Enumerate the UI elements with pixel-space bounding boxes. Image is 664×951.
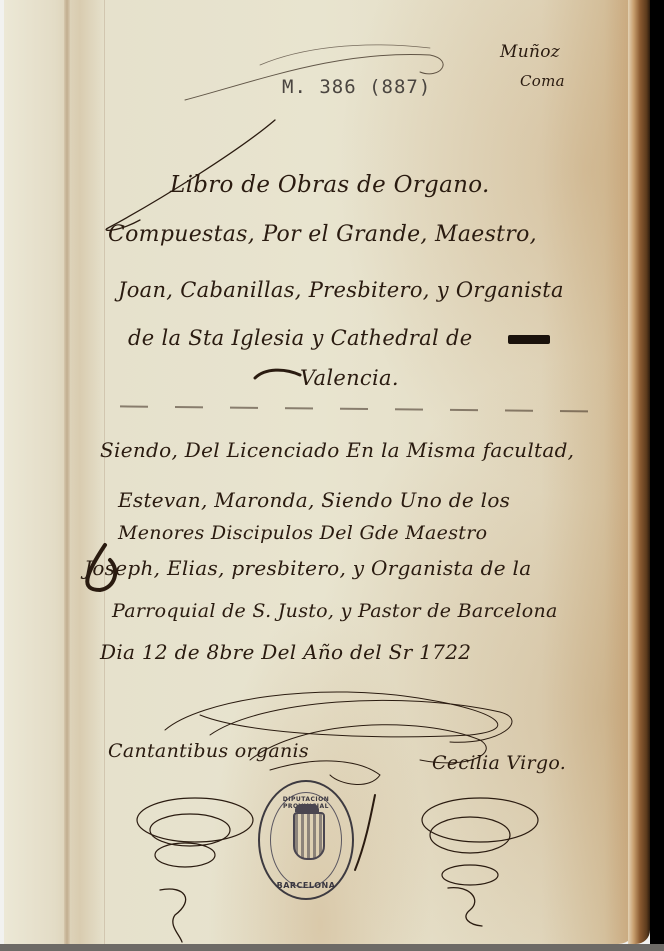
scan-border: [0, 944, 664, 951]
title-line-1: Libro de Obras de Organo.: [170, 172, 490, 198]
body-line-4: Joseph, Elias, presbitero, y Organista d…: [84, 556, 531, 580]
book-edge: [628, 0, 650, 944]
shelfmark: M. 386 (887): [282, 76, 431, 98]
ink-blot: [508, 335, 550, 344]
margin-rule: [104, 0, 105, 944]
library-stamp: DIPUTACION PROVINCIAL BARCELONA: [258, 780, 354, 900]
title-line-4: de la Sta Iglesia y Cathedral de: [128, 326, 472, 350]
title-line-3: Joan, Cabanillas, Presbitero, y Organist…: [118, 278, 564, 302]
corner-note-line-2: Coma: [520, 72, 565, 90]
corner-note-line-1: Muñoz: [500, 42, 560, 62]
motto-right: Cecilia Virgo.: [432, 752, 566, 774]
coat-of-arms-icon: [293, 812, 325, 860]
body-line-5: Parroquial de S. Justo, y Pastor de Barc…: [112, 600, 558, 622]
title-line-5: Valencia.: [300, 366, 399, 390]
background-dark: [650, 0, 664, 951]
body-line-3: Menores Discipulos Del Gde Maestro: [118, 522, 487, 544]
body-line-6: Dia 12 de 8bre Del Año del Sr 1722: [100, 640, 471, 664]
title-line-2: Compuestas, Por el Grande, Maestro,: [108, 222, 537, 247]
body-line-1: Siendo, Del Licenciado En la Misma facul…: [100, 438, 574, 462]
crown-icon: [295, 804, 319, 812]
motto-left: Cantantibus organis: [108, 740, 309, 762]
stamp-bottom-text: BARCELONA: [260, 881, 352, 890]
body-line-2: Estevan, Maronda, Siendo Uno de los: [118, 488, 510, 512]
page-fold-shadow: [64, 0, 70, 944]
